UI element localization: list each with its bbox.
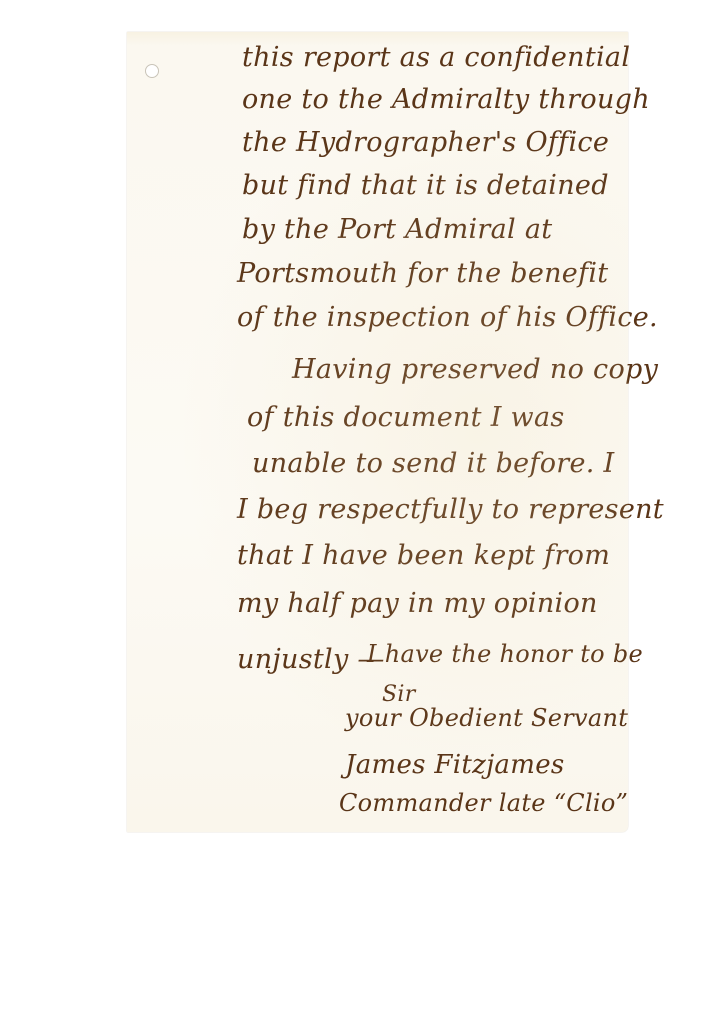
signature: James Fitzjames — [345, 750, 565, 780]
letter-line-10: unable to send it before. I — [252, 448, 615, 479]
letter-line-6: Portsmouth for the benefit — [237, 258, 608, 289]
letter-line-12: that I have been kept from — [237, 540, 610, 571]
letter-line-5: by the Port Admiral at — [242, 214, 552, 245]
signer-title: Commander late “Clio” — [339, 789, 628, 817]
letter-line-2: one to the Admiralty through — [242, 84, 650, 115]
punch-hole — [145, 64, 159, 78]
valediction: I have the honor to be — [367, 640, 643, 668]
letter-line-14: unjustly — — [237, 644, 385, 675]
letter-line-4: but find that it is detained — [242, 170, 609, 201]
letter-line-3: the Hydrographer's Office — [242, 127, 609, 158]
letter-line-11: I beg respectfully to represent — [237, 494, 664, 525]
letter-line-1: this report as a confidential — [242, 42, 630, 73]
letter-line-9: of this document I was — [247, 402, 565, 433]
letter-line-7: of the inspection of his Office. — [237, 302, 658, 333]
letter-line-8: Having preserved no copy — [292, 354, 658, 385]
letter-line-13: my half pay in my opinion — [237, 588, 598, 619]
complimentary: your Obedient Servant — [345, 704, 628, 732]
letter-page: this report as a confidential one to the… — [127, 32, 628, 832]
